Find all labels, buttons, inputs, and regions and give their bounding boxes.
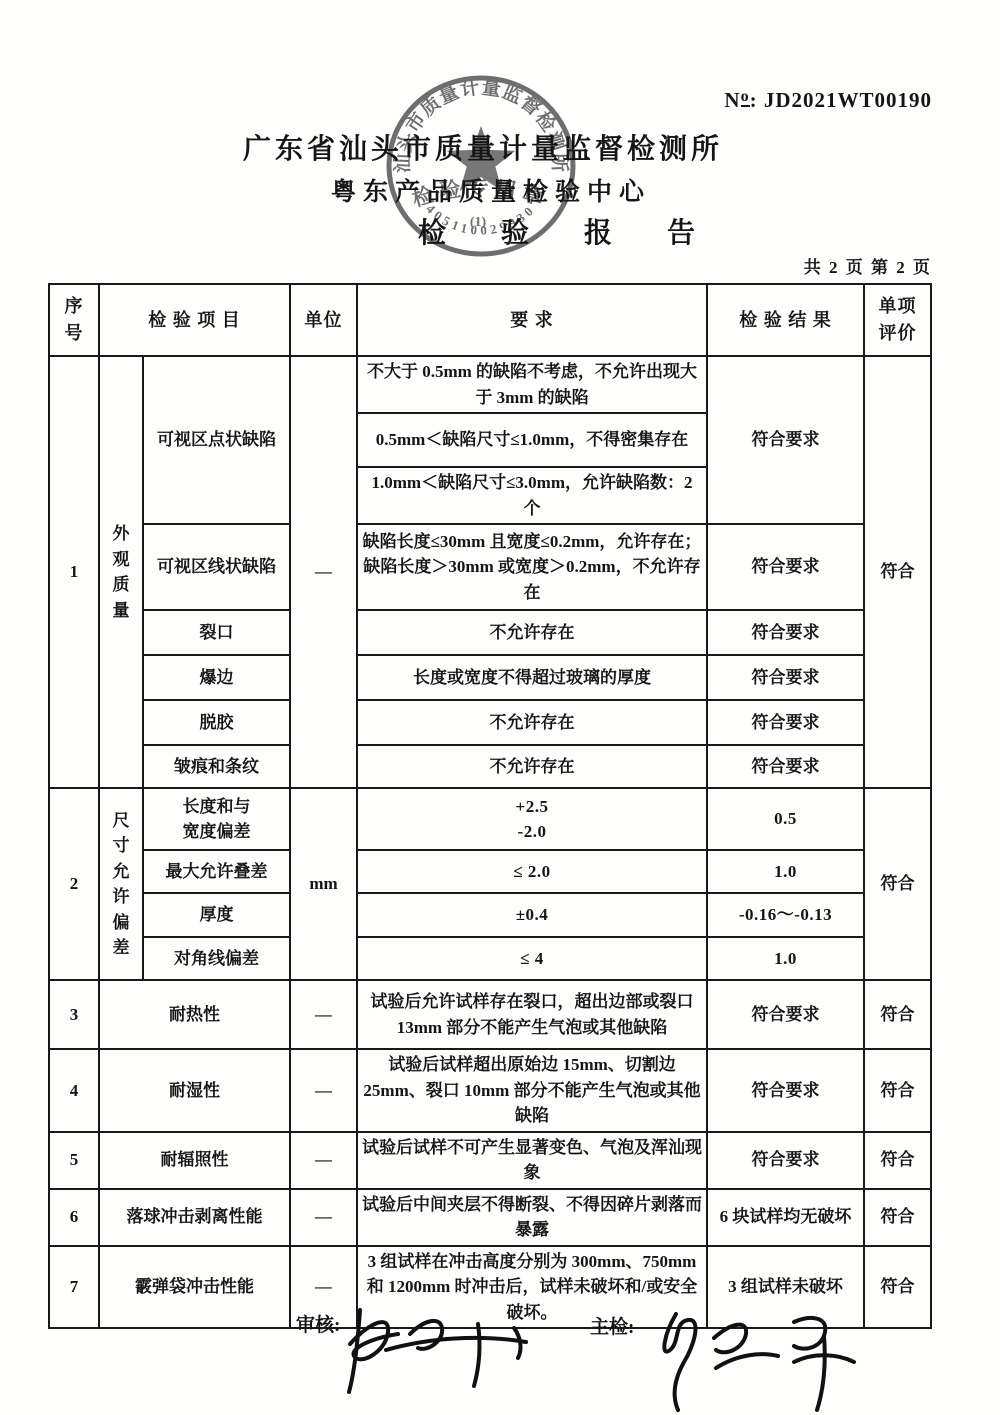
- cell-req-point-defect-3: 1.0mm＜缺陷尺寸≤3.0mm，允许缺陷数：2 个: [357, 467, 707, 524]
- cell-category-appearance: 外 观 质 量: [99, 356, 143, 788]
- table-row: 可视区线状缺陷 缺陷长度≤30mm 且宽度≤0.2mm，允许存在；缺陷长度＞30…: [49, 524, 931, 610]
- cell-result-radiation-resistance: 符合要求: [707, 1132, 864, 1189]
- cell-req-wrinkle: 不允许存在: [357, 745, 707, 788]
- cell-group2-no: 2: [49, 788, 99, 980]
- inspection-table: 序 号 检 验 项 目 单位 要 求 检 验 结 果 单项 评价 1 外 观 质…: [48, 283, 932, 1329]
- cell-item-ball-impact: 落球冲击剥离性能: [99, 1189, 290, 1246]
- cell-eval-row7: 符合: [864, 1246, 931, 1329]
- center-title: 粤东产品质量检验中心: [331, 172, 651, 208]
- cell-result-crack: 符合要求: [707, 610, 864, 655]
- table-row: 皱痕和条纹 不允许存在 符合要求: [49, 745, 931, 788]
- cell-req-thickness: ±0.4: [357, 893, 707, 937]
- cell-item-radiation-resistance: 耐辐照性: [99, 1132, 290, 1189]
- page-info: 共 2 页 第 2 页: [804, 253, 932, 278]
- cell-result-point-defect: 符合要求: [707, 356, 864, 524]
- cell-eval-row5: 符合: [864, 1132, 931, 1189]
- cell-req-length-width: +2.5 -2.0: [357, 788, 707, 850]
- header-evaluation: 单项 评价: [864, 284, 931, 356]
- cell-row7-no: 7: [49, 1246, 99, 1329]
- cell-result-ball-impact: 6 块试样均无破坏: [707, 1189, 864, 1246]
- cell-unit-group1: —: [290, 356, 357, 788]
- cell-result-length-width: 0.5: [707, 788, 864, 850]
- cell-req-diagonal: ≤ 4: [357, 937, 707, 980]
- cell-item-humidity-resistance: 耐湿性: [99, 1049, 290, 1132]
- cell-eval-group2: 符合: [864, 788, 931, 980]
- cell-item-diagonal: 对角线偏差: [143, 937, 290, 980]
- report-number-n: N: [724, 88, 740, 112]
- cell-result-thickness: -0.16～-0.13: [707, 893, 864, 937]
- table-row: 3 耐热性 — 试验后允许试样存在裂口，超出边部或裂口 13mm 部分不能产生气…: [49, 980, 931, 1049]
- cell-item-crack: 裂口: [143, 610, 290, 655]
- report-number-colon: :: [750, 88, 758, 112]
- cell-item-wrinkle: 皱痕和条纹: [143, 745, 290, 788]
- cell-item-thickness: 厚度: [143, 893, 290, 937]
- table-row: 5 耐辐照性 — 试验后试样不可产生显著变色、气泡及浑汕现象 符合要求 符合: [49, 1132, 931, 1189]
- header-unit: 单位: [290, 284, 357, 356]
- cell-req-chipped-edge: 长度或宽度不得超过玻璃的厚度: [357, 655, 707, 700]
- reviewer-signature: [328, 1296, 543, 1396]
- cell-item-shot-bag-impact: 霰弹袋冲击性能: [99, 1246, 290, 1329]
- cell-result-line-defect: 符合要求: [707, 524, 864, 610]
- table-row: 2 尺 寸 允 许 偏 差 长度和与 宽度偏差 mm +2.5 -2.0 0.5…: [49, 788, 931, 850]
- cell-result-wrinkle: 符合要求: [707, 745, 864, 788]
- cell-row5-no: 5: [49, 1132, 99, 1189]
- table-row: 爆边 长度或宽度不得超过玻璃的厚度 符合要求: [49, 655, 931, 700]
- cell-group1-no: 1: [49, 356, 99, 788]
- cell-row6-no: 6: [49, 1189, 99, 1246]
- table-header-row: 序 号 检 验 项 目 单位 要 求 检 验 结 果 单项 评价: [49, 284, 931, 356]
- cell-req-heat-resistance: 试验后允许试样存在裂口，超出边部或裂口 13mm 部分不能产生气泡或其他缺陷: [357, 980, 707, 1049]
- header-result: 检 验 结 果: [707, 284, 864, 356]
- cell-req-radiation-resistance: 试验后试样不可产生显著变色、气泡及浑汕现象: [357, 1132, 707, 1189]
- cell-row4-no: 4: [49, 1049, 99, 1132]
- chief-inspector-signature: [642, 1292, 872, 1415]
- header-no: 序 号: [49, 284, 99, 356]
- cell-req-delamination: 不允许存在: [357, 700, 707, 745]
- header-requirement: 要 求: [357, 284, 707, 356]
- cell-req-overlap: ≤ 2.0: [357, 850, 707, 893]
- table-row: 厚度 ±0.4 -0.16～-0.13: [49, 893, 931, 937]
- cell-eval-row6: 符合: [864, 1189, 931, 1246]
- report-title: 检 验 报 告: [418, 211, 719, 251]
- cell-unit-row3: —: [290, 980, 357, 1049]
- table-row: 最大允许叠差 ≤ 2.0 1.0: [49, 850, 931, 893]
- cell-result-humidity-resistance: 符合要求: [707, 1049, 864, 1132]
- header-item: 检 验 项 目: [99, 284, 290, 356]
- cell-unit-group2: mm: [290, 788, 357, 980]
- table-row: 裂口 不允许存在 符合要求: [49, 610, 931, 655]
- org-title: 广东省汕头市质量计量监督检测所: [243, 127, 723, 167]
- cell-result-diagonal: 1.0: [707, 937, 864, 980]
- table-row: 脱胶 不允许存在 符合要求: [49, 700, 931, 745]
- cell-row3-no: 3: [49, 980, 99, 1049]
- cell-req-point-defect-1: 不大于 0.5mm 的缺陷不考虑，不允许出现大于 3mm 的缺陷: [357, 356, 707, 413]
- cell-req-crack: 不允许存在: [357, 610, 707, 655]
- report-number: No: JD2021WT00190: [724, 88, 932, 113]
- report-number-value: JD2021WT00190: [764, 88, 932, 112]
- cell-unit-row5: —: [290, 1132, 357, 1189]
- cell-result-heat-resistance: 符合要求: [707, 980, 864, 1049]
- cell-result-chipped-edge: 符合要求: [707, 655, 864, 700]
- cell-item-length-width: 长度和与 宽度偏差: [143, 788, 290, 850]
- cell-result-overlap: 1.0: [707, 850, 864, 893]
- cell-item-delamination: 脱胶: [143, 700, 290, 745]
- table-row: 6 落球冲击剥离性能 — 试验后中间夹层不得断裂、不得因碎片剥落而暴露 6 块试…: [49, 1189, 931, 1246]
- cell-req-line-defect: 缺陷长度≤30mm 且宽度≤0.2mm，允许存在；缺陷长度＞30mm 或宽度＞0…: [357, 524, 707, 610]
- cell-eval-group1: 符合: [864, 356, 931, 788]
- chief-inspector-label: 主检:: [590, 1312, 634, 1339]
- cell-req-point-defect-2: 0.5mm＜缺陷尺寸≤1.0mm，不得密集存在: [357, 413, 707, 467]
- cell-eval-row3: 符合: [864, 980, 931, 1049]
- cell-req-humidity-resistance: 试验后试样超出原始边 15mm、切割边 25mm、裂口 10mm 部分不能产生气…: [357, 1049, 707, 1132]
- cell-item-overlap: 最大允许叠差: [143, 850, 290, 893]
- cell-result-delamination: 符合要求: [707, 700, 864, 745]
- table-row: 4 耐湿性 — 试验后试样超出原始边 15mm、切割边 25mm、裂口 10mm…: [49, 1049, 931, 1132]
- cell-item-heat-resistance: 耐热性: [99, 980, 290, 1049]
- table-row: 对角线偏差 ≤ 4 1.0: [49, 937, 931, 980]
- cell-item-line-defect: 可视区线状缺陷: [143, 524, 290, 610]
- report-number-o: o: [741, 88, 750, 107]
- table-row: 1 外 观 质 量 可视区点状缺陷 — 不大于 0.5mm 的缺陷不考虑，不允许…: [49, 356, 931, 413]
- cell-unit-row4: —: [290, 1049, 357, 1132]
- cell-category-dimension: 尺 寸 允 许 偏 差: [99, 788, 143, 980]
- cell-item-point-defect: 可视区点状缺陷: [143, 356, 290, 524]
- cell-req-ball-impact: 试验后中间夹层不得断裂、不得因碎片剥落而暴露: [357, 1189, 707, 1246]
- cell-unit-row6: —: [290, 1189, 357, 1246]
- report-page: No: JD2021WT00190 汕头市质量计量监督检测所 检验专用章 405…: [0, 0, 1000, 1415]
- cell-eval-row4: 符合: [864, 1049, 931, 1132]
- cell-item-chipped-edge: 爆边: [143, 655, 290, 700]
